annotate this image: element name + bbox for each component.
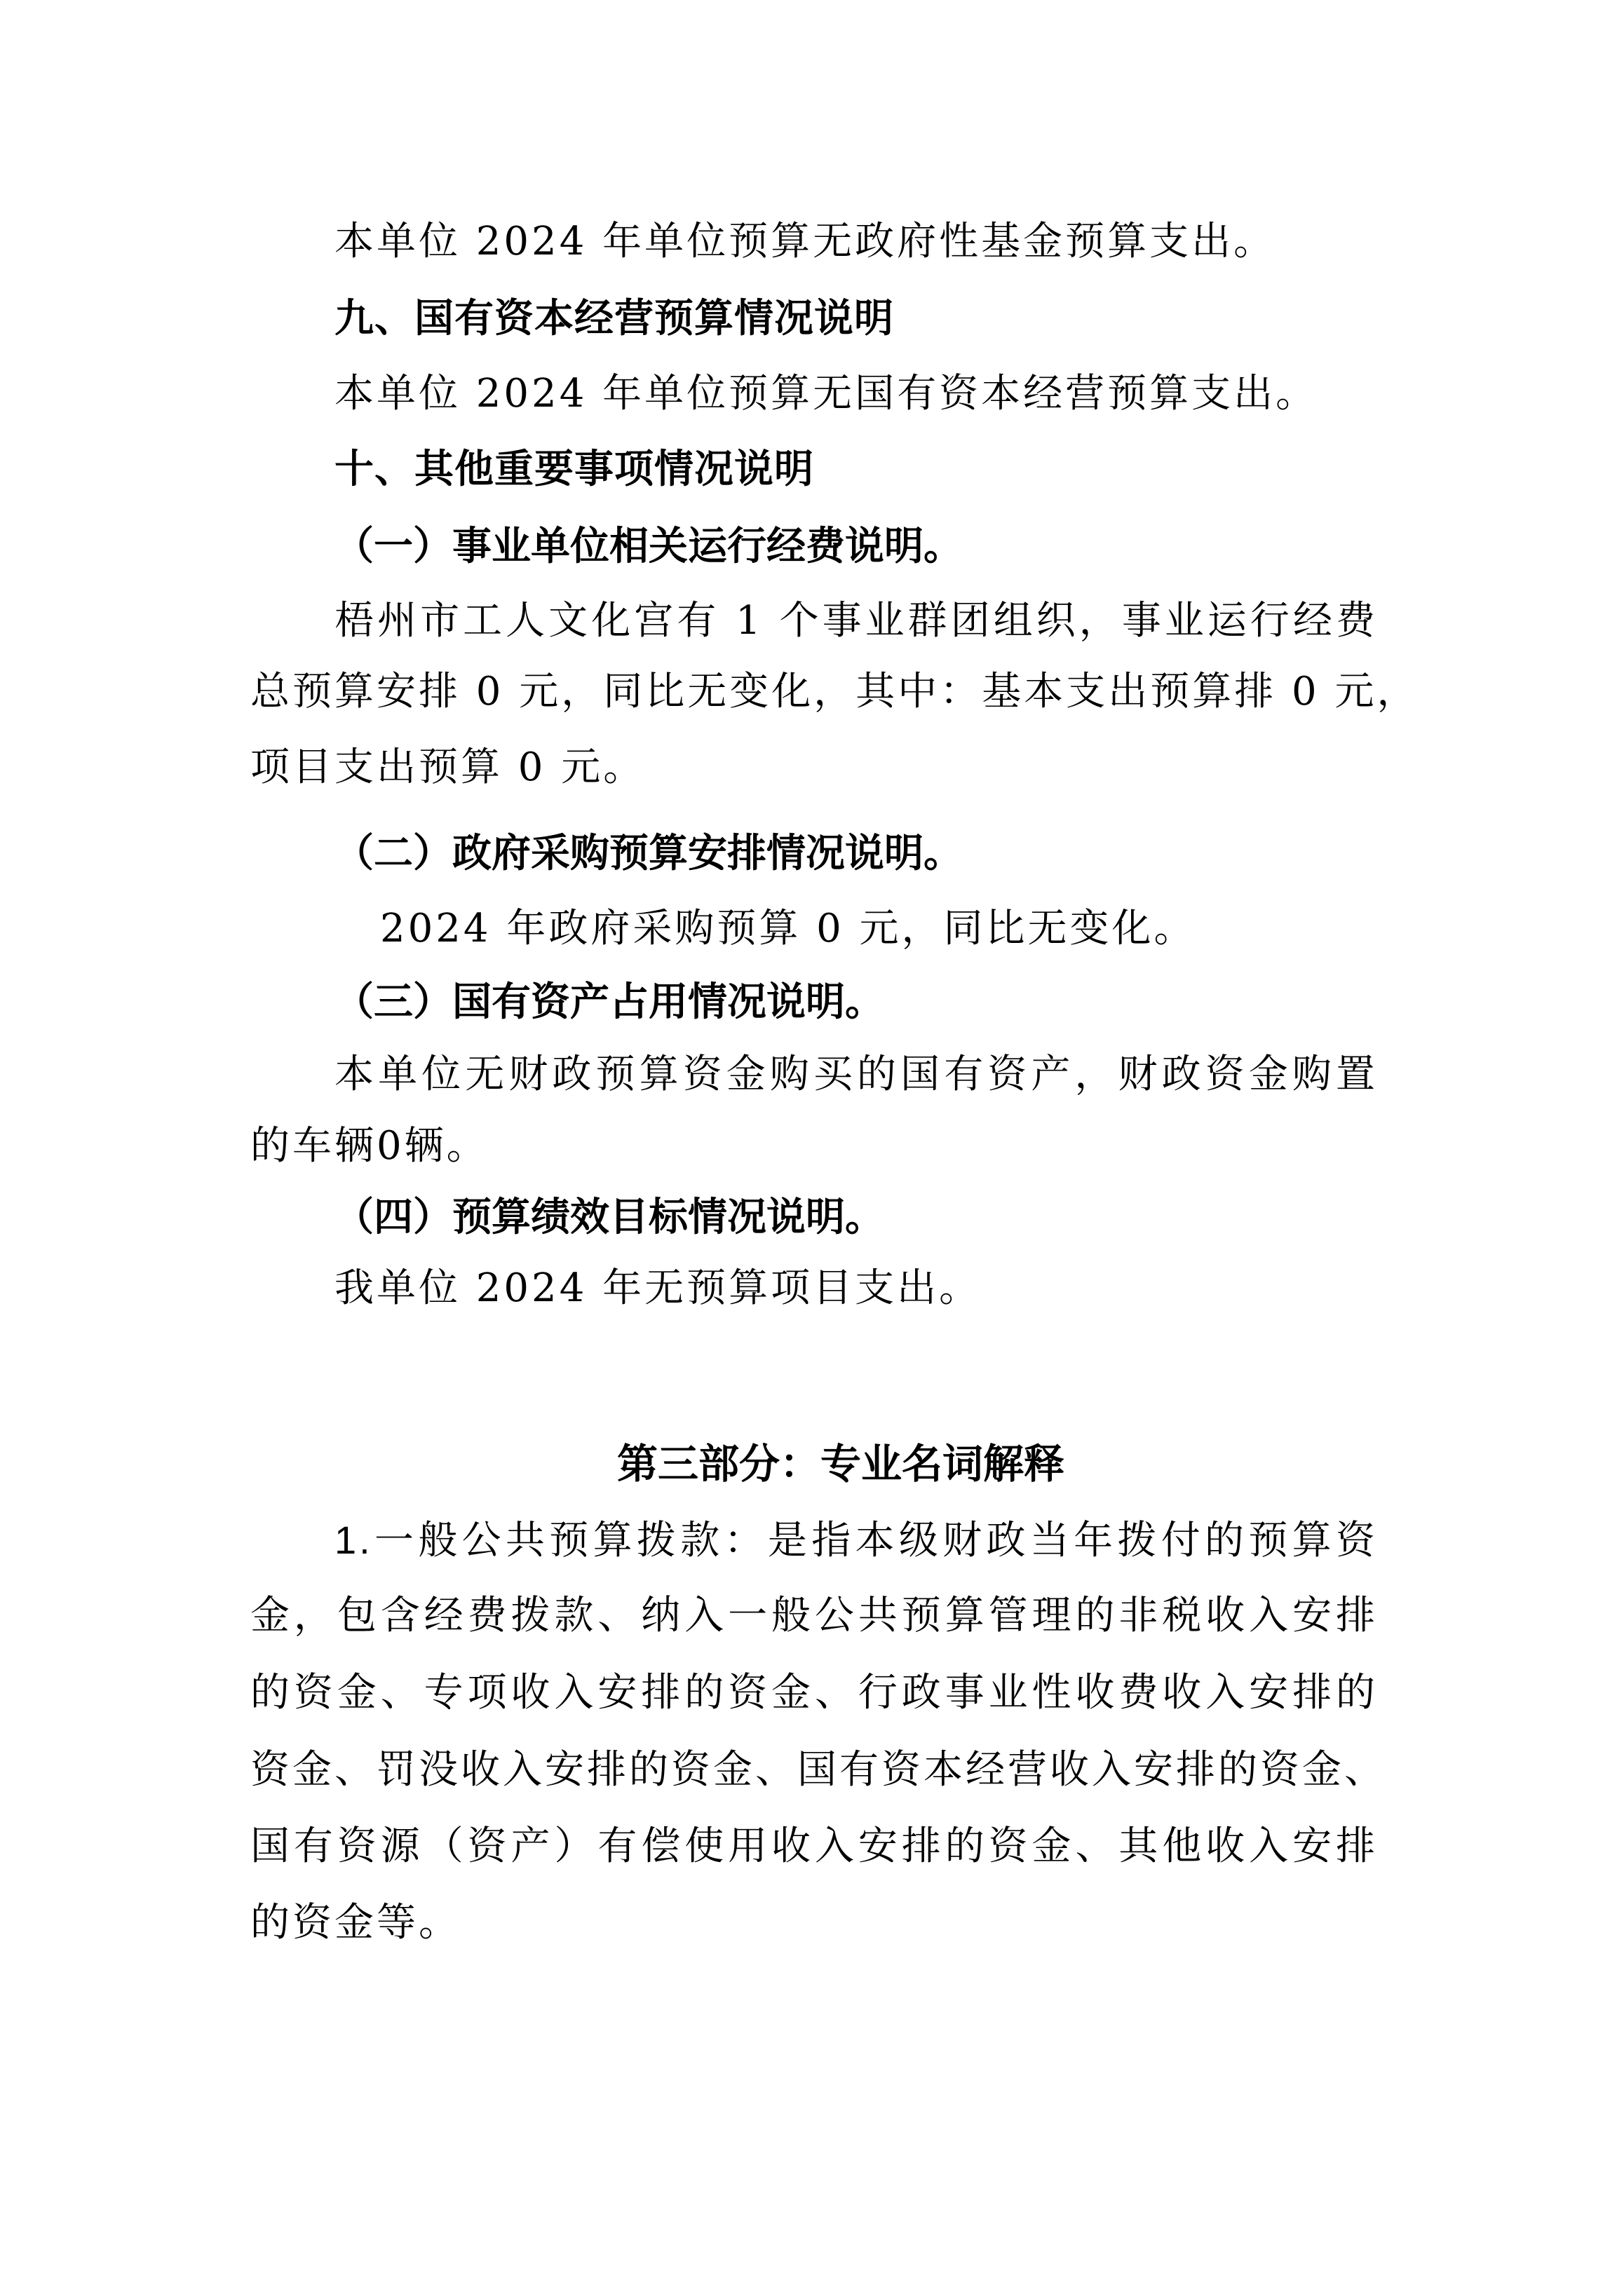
term-1-line-1: 1.一般公共预算拨款：是指本级财政当年拨付的预算资 [334,1516,1378,1565]
section-9-heading: 九、国有资本经营预算情况说明 [334,294,894,344]
document-page: 本单位 2024 年单位预算无政府性基金预算支出。 九、国有资本经营预算情况说明… [0,0,1624,2296]
subsection-1-line-1: 梧州市工人文化宫有 1 个事业群团组织，事业运行经费 [334,597,1378,646]
subsection-1-line-2: 总预算安排 0 元，同比无变化，其中：基本支出预算排 0 元， [250,667,1378,716]
term-1-line-3: 的资金、专项收入安排的资金、行政事业性收费收入安排的 [250,1669,1378,1718]
subsection-4-body: 我单位 2024 年无预算项目支出。 [334,1264,981,1313]
section-10-heading: 十、其他重要事项情况说明 [334,445,814,494]
part-3-title: 第三部分：专业名词解释 [617,1439,1064,1488]
term-1-line-5: 国有资源（资产）有偿使用收入安排的资金、其他收入安排 [250,1822,1378,1871]
term-1-line-1-text: 一般公共预算拨款：是指本级财政当年拨付的预算资 [373,1518,1378,1563]
section-9-body: 本单位 2024 年单位预算无国有资本经营预算支出。 [334,369,1318,419]
subsection-3-line-2: 的车辆0辆。 [250,1122,489,1171]
term-1-line-2: 金，包含经费拨款、纳入一般公共预算管理的非税收入安排 [250,1591,1378,1641]
subsection-1-line-3: 项目支出预算 0 元。 [250,743,645,792]
subsection-4-heading: （四）预算绩效目标情况说明。 [334,1193,884,1242]
section-8-body: 本单位 2024 年单位预算无政府性基金预算支出。 [334,217,1275,266]
term-1-number: 1. [334,1518,373,1562]
term-1-line-6: 的资金等。 [250,1898,461,1948]
subsection-1-heading: （一）事业单位相关运行经费说明。 [334,522,963,571]
term-1-line-4: 资金、罚没收入安排的资金、国有资本经营收入安排的资金、 [250,1746,1378,1795]
subsection-2-body: 2024 年政府采购预算 0 元，同比无变化。 [380,904,1196,953]
subsection-3-line-1: 本单位无财政预算资金购买的国有资产，财政资金购置 [334,1050,1378,1099]
subsection-2-heading: （二）政府采购预算安排情况说明。 [334,829,963,878]
subsection-3-heading: （三）国有资产占用情况说明。 [334,978,884,1027]
